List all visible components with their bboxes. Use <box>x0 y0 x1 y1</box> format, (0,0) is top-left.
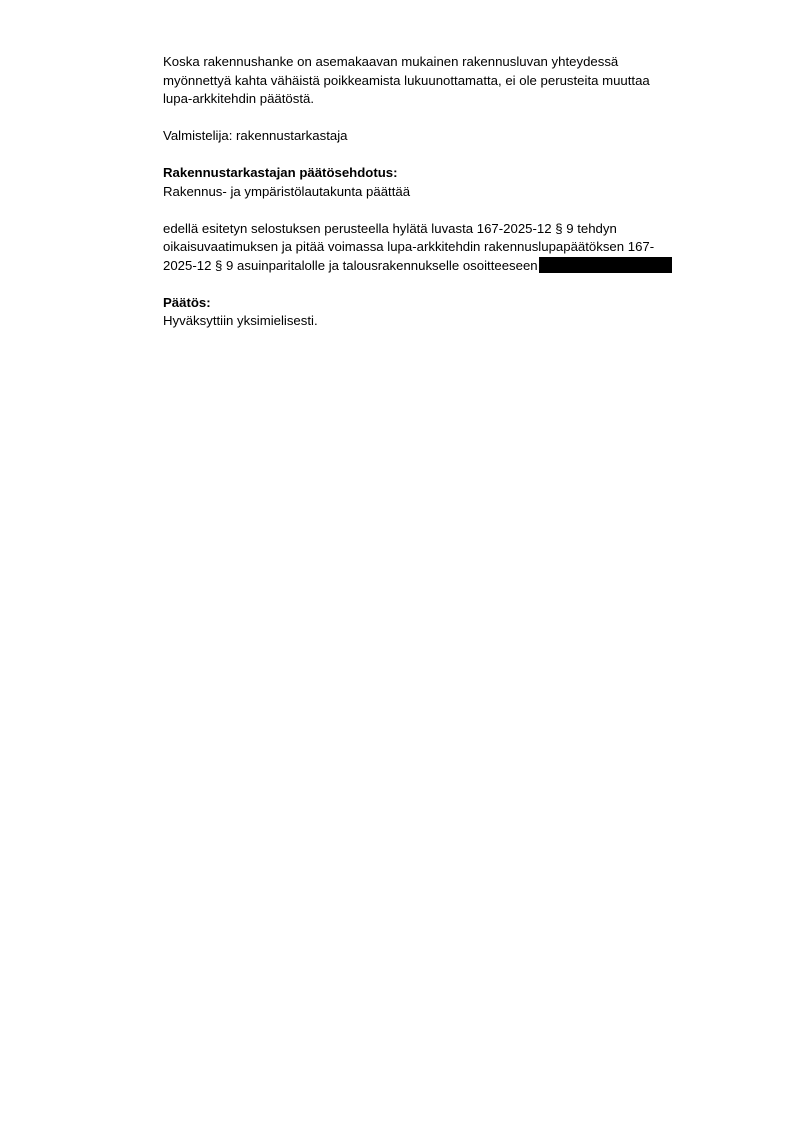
redacted-address-block <box>539 257 672 273</box>
justification-line-2: myönnettyä kahta vähäistä poikkeamista l… <box>163 72 723 91</box>
proposal-body: edellä esitetyn selostuksen perusteella … <box>163 220 723 276</box>
proposal-section: Rakennustarkastajan päätösehdotus: Raken… <box>163 164 723 201</box>
justification-paragraph: Koska rakennushanke on asemakaavan mukai… <box>163 53 723 109</box>
proposal-line-3-text: 2025-12 § 9 asuinparitalolle ja talousra… <box>163 258 538 273</box>
proposal-line-3: 2025-12 § 9 asuinparitalolle ja talousra… <box>163 257 723 276</box>
decision-section: Päätös: Hyväksyttiin yksimielisesti. <box>163 294 723 331</box>
proposal-line-2: oikaisuvaatimuksen ja pitää voimassa lup… <box>163 238 723 257</box>
proposal-intro: Rakennus- ja ympäristölautakunta päättää <box>163 183 723 202</box>
decision-text: Hyväksyttiin yksimielisesti. <box>163 312 723 331</box>
justification-line-1: Koska rakennushanke on asemakaavan mukai… <box>163 53 723 72</box>
preparer-line: Valmistelija: rakennustarkastaja <box>163 127 723 146</box>
proposal-line-1: edellä esitetyn selostuksen perusteella … <box>163 220 723 239</box>
decision-heading: Päätös: <box>163 294 723 313</box>
justification-line-3: lupa-arkkitehdin päätöstä. <box>163 90 723 109</box>
proposal-heading: Rakennustarkastajan päätösehdotus: <box>163 164 723 183</box>
document-page: Koska rakennushanke on asemakaavan mukai… <box>163 53 723 331</box>
